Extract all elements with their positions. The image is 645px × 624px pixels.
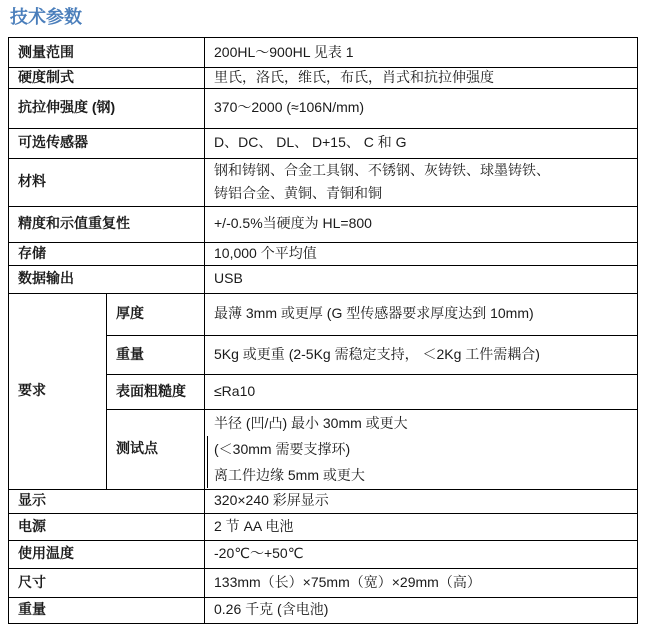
table-row-data-output: 数据输出 USB xyxy=(9,265,638,293)
table-row-materials: 材料 钢和铸钢、合金工具钢、不锈钢、灰铸铁、球墨铸铁、 铸铝合金、黄铜、青铜和铜 xyxy=(9,158,638,206)
row-label: 存储 xyxy=(9,242,205,265)
row-value: 2 节 AA 电池 xyxy=(205,513,638,540)
row-value: 320×240 彩屏显示 xyxy=(205,489,638,513)
row-value: 钢和铸钢、合金工具钢、不锈钢、灰铸铁、球墨铸铁、 铸铝合金、黄铜、青铜和铜 xyxy=(205,158,638,206)
table-row-weight: 重量 0.26 千克 (含电池) xyxy=(9,597,638,623)
table-row-dimensions: 尺寸 133mm（长）×75mm（宽）×29mm（高） xyxy=(9,568,638,597)
table-row-measure-range: 测量范围 200HL～900HL 见表 1 xyxy=(9,38,638,68)
row-sublabel: 测试点 xyxy=(107,409,205,489)
row-label: 测量范围 xyxy=(9,38,205,68)
row-value: 370～2000 (≈106N/mm) xyxy=(205,88,638,128)
table-row-tensile-strength: 抗拉伸强度 (钢) 370～2000 (≈106N/mm) xyxy=(9,88,638,128)
row-value: 200HL～900HL 见表 1 xyxy=(205,38,638,68)
row-label: 尺寸 xyxy=(9,568,205,597)
row-value: 里氏，洛氏，维氏，布氏，肖式和抗拉伸强度 xyxy=(205,68,638,89)
table-row-accuracy: 精度和示值重复性 +/-0.5%当硬度为 HL=800 xyxy=(9,206,638,242)
row-value: 133mm（长）×75mm（宽）×29mm（高） xyxy=(205,568,638,597)
row-label: 电源 xyxy=(9,513,205,540)
row-value: ≤Ra10 xyxy=(205,374,638,409)
table-row-probes: 可选传感器 D、DC、 DL、 D+15、 C 和 G xyxy=(9,128,638,158)
table-row-display: 显示 320×240 彩屏显示 xyxy=(9,489,638,513)
row-value: +/-0.5%当硬度为 HL=800 xyxy=(205,206,638,242)
row-label: 数据输出 xyxy=(9,265,205,293)
value-line: 半径 (凹/凸) 最小 30mm 或更大 xyxy=(214,410,633,436)
row-label: 使用温度 xyxy=(9,540,205,568)
row-value: 10,000 个平均值 xyxy=(205,242,638,265)
row-value: D、DC、 DL、 D+15、 C 和 G xyxy=(205,128,638,158)
value-line: 钢和铸钢、合金工具钢、不锈钢、灰铸铁、球墨铸铁、 xyxy=(214,159,633,182)
table-row-operating-temp: 使用温度 -20℃～+50℃ xyxy=(9,540,638,568)
value-line: 铸铝合金、黄铜、青铜和铜 xyxy=(214,182,633,205)
row-label: 可选传感器 xyxy=(9,128,205,158)
row-value: USB xyxy=(205,265,638,293)
row-sublabel: 表面粗糙度 xyxy=(107,374,205,409)
table-row-power: 电源 2 节 AA 电池 xyxy=(9,513,638,540)
row-value: 最薄 3mm 或更厚 (G 型传感器要求厚度达到 10mm) xyxy=(205,293,638,335)
row-label: 材料 xyxy=(9,158,205,206)
page-title: 技术参数 xyxy=(10,6,645,28)
value-line: 离工件边缘 5mm 或更大 xyxy=(214,462,633,488)
row-value: 5Kg 或更重 (2-5Kg 需稳定支持， ＜2Kg 工件需耦合) xyxy=(205,335,638,374)
table-row-req-thickness: 要求 厚度 最薄 3mm 或更厚 (G 型传感器要求厚度达到 10mm) xyxy=(9,293,638,335)
row-label: 硬度制式 xyxy=(9,68,205,89)
row-value: -20℃～+50℃ xyxy=(205,540,638,568)
spec-table: 测量范围 200HL～900HL 见表 1 硬度制式 里氏，洛氏，维氏，布氏，肖… xyxy=(8,37,638,624)
table-row-hardness-scales: 硬度制式 里氏，洛氏，维氏，布氏，肖式和抗拉伸强度 xyxy=(9,68,638,89)
row-label: 显示 xyxy=(9,489,205,513)
row-label: 抗拉伸强度 (钢) xyxy=(9,88,205,128)
row-label: 重量 xyxy=(9,597,205,623)
value-line-group: (＜30mm 需要支撑环) 离工件边缘 5mm 或更大 xyxy=(207,436,633,488)
value-line: (＜30mm 需要支撑环) xyxy=(214,436,633,462)
row-sublabel: 重量 xyxy=(107,335,205,374)
row-value: 0.26 千克 (含电池) xyxy=(205,597,638,623)
table-row-memory: 存储 10,000 个平均值 xyxy=(9,242,638,265)
row-sublabel: 厚度 xyxy=(107,293,205,335)
row-label: 精度和示值重复性 xyxy=(9,206,205,242)
row-value: 半径 (凹/凸) 最小 30mm 或更大 (＜30mm 需要支撑环) 离工件边缘… xyxy=(205,409,638,489)
requirements-group-label: 要求 xyxy=(9,293,107,489)
